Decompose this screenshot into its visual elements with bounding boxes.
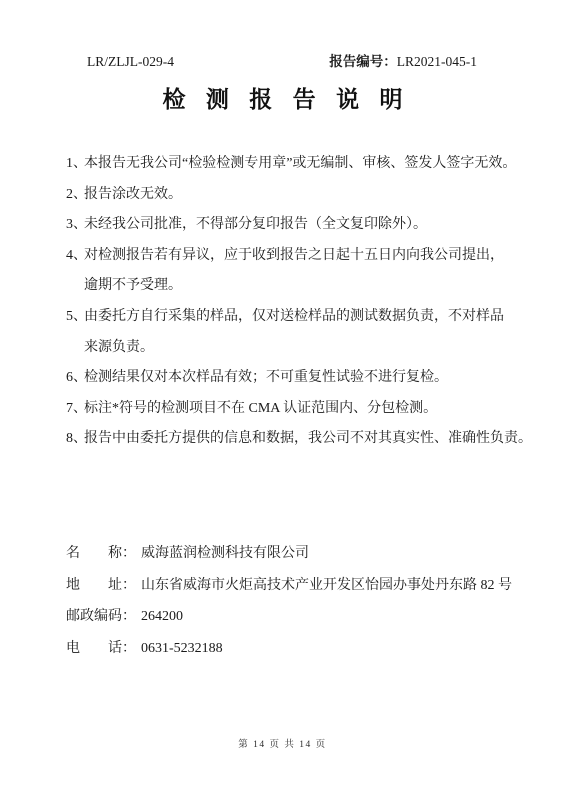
note-text: 本报告无我公司“检验检测专用章”或无编制、审核、签发人签字无效。 [84,149,537,180]
company-postcode-row: 邮政编码：264200 [66,601,535,633]
company-name-value: 威海蓝润检测科技有限公司 [141,538,309,570]
note-item-3: 3、 未经我公司批准，不得部分复印报告（全文复印除外）。 [66,210,537,241]
company-address-row: 地址：山东省威海市火炬高技术产业开发区怡园办事处丹东路 82 号 [66,570,535,602]
note-item-8: 8、 报告中由委托方提供的信息和数据，我公司不对其真实性、准确性负责。 [66,424,537,455]
note-text: 报告涂改无效。 [84,180,537,211]
report-number: 报告编号：LR2021-045-1 [329,54,477,70]
note-number: 4、 [66,241,84,272]
colon: ： [122,601,136,633]
company-postcode-label: 邮政编码 [66,601,122,633]
note-item-1: 1、 本报告无我公司“检验检测专用章”或无编制、审核、签发人签字无效。 [66,149,537,180]
note-number: 3、 [66,210,84,241]
note-item-2: 2、 报告涂改无效。 [66,180,537,211]
note-number: 5、 [66,302,84,333]
note-text: 报告中由委托方提供的信息和数据，我公司不对其真实性、准确性负责。 [84,424,537,455]
company-phone-value: 0631-5232188 [141,633,223,665]
note-text: 由委托方自行采集的样品，仅对送检样品的测试数据负责，不对样品 来源负责。 [84,302,537,363]
company-postcode-value: 264200 [141,601,183,633]
company-phone-label: 电话 [66,633,122,665]
report-notes-page: LR/ZLJL-029-4 报告编号：LR2021-045-1 检 测 报 告 … [0,0,565,800]
colon: ： [122,570,136,602]
note-number: 2、 [66,180,84,211]
note-item-6: 6、 检测结果仅对本次样品有效；不可重复性试验不进行复检。 [66,363,537,394]
company-address-label: 地址 [66,570,122,602]
company-address-value: 山东省威海市火炬高技术产业开发区怡园办事处丹东路 82 号 [141,570,512,602]
note-item-4: 4、 对检测报告若有异议，应于收到报告之日起十五日内向我公司提出， 逾期不予受理… [66,241,537,302]
company-name-row: 名称：威海蓝润检测科技有限公司 [66,538,535,570]
company-phone-row: 电话：0631-5232188 [66,633,535,665]
company-name-label: 名称 [66,538,122,570]
note-number: 6、 [66,363,84,394]
document-code: LR/ZLJL-029-4 [87,54,174,70]
note-text: 标注*符号的检测项目不在 CMA 认证范围内、分包检测。 [84,394,537,425]
note-number: 8、 [66,424,84,455]
note-item-5: 5、 由委托方自行采集的样品，仅对送检样品的测试数据负责，不对样品 来源负责。 [66,302,537,363]
colon: ： [122,538,136,570]
note-text: 未经我公司批准，不得部分复印报告（全文复印除外）。 [84,210,537,241]
page-title: 检 测 报 告 说 明 [0,86,565,112]
note-text: 对检测报告若有异议，应于收到报告之日起十五日内向我公司提出， 逾期不予受理。 [84,241,537,302]
company-info: 名称：威海蓝润检测科技有限公司 地址：山东省威海市火炬高技术产业开发区怡园办事处… [66,538,535,665]
page-number-indicator: 第 14 页 共 14 页 [0,736,565,750]
note-text: 检测结果仅对本次样品有效；不可重复性试验不进行复检。 [84,363,537,394]
notes-list: 1、 本报告无我公司“检验检测专用章”或无编制、审核、签发人签字无效。 2、 报… [66,149,537,455]
note-number: 1、 [66,149,84,180]
report-number-value: LR2021-045-1 [397,54,477,69]
page-header: LR/ZLJL-029-4 报告编号：LR2021-045-1 [87,54,477,70]
colon: ： [122,633,136,665]
report-number-label: 报告编号： [329,54,397,69]
note-item-7: 7、 标注*符号的检测项目不在 CMA 认证范围内、分包检测。 [66,394,537,425]
note-number: 7、 [66,394,84,425]
